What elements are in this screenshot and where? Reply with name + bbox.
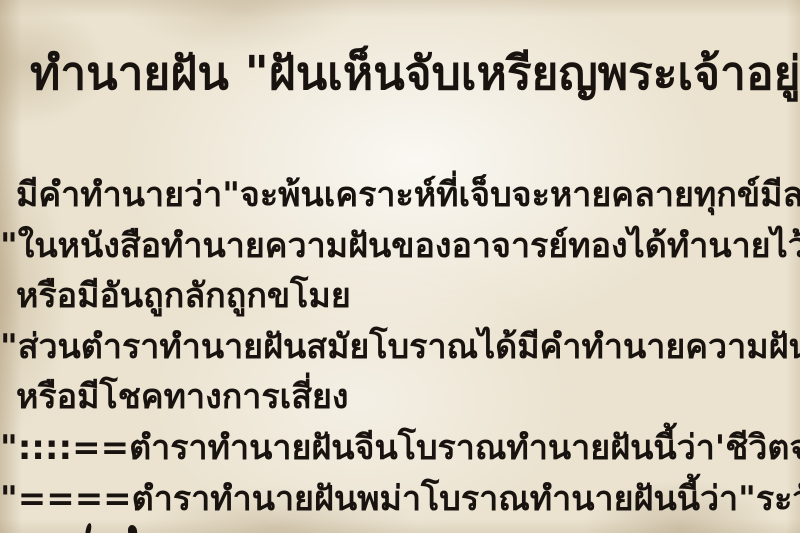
prediction-line: หรือมีโชคทางการเสี่ยง [0,372,800,423]
parchment-page: ทำนายฝัน "ฝันเห็นจับเหรียญพระเจ้าอยู่" ม… [0,0,800,533]
cutoff-diacritic-mark [85,523,93,533]
prediction-line: "::::==ตำราทำนายฝันจีนโบราณทำนายฝันนี้ว่… [0,423,800,474]
prediction-line: "====ตำราทำนายฝันพม่าโบราณทำนายฝันนี้ว่า… [0,474,800,525]
prediction-line: "ในหนังสือทำนายความฝันของอาจารย์ทองได้ทำ… [0,221,800,272]
prediction-line: "ส่วนตำราทำนายฝันสมัยโบราณได้มีคำทำนายคว… [0,322,800,373]
prediction-line: หรือมีอันถูกลักถูกขโมย [0,271,800,322]
cutoff-diacritic-mark [128,525,138,533]
partial-next-line [0,523,300,533]
prediction-text-block: มีคำทำนายว่า"จะพ้นเคราะห์ที่เจ็บจะหายคลา… [0,170,800,524]
prediction-line: มีคำทำนายว่า"จะพ้นเคราะห์ที่เจ็บจะหายคลา… [0,170,800,221]
page-title: ทำนายฝัน "ฝันเห็นจับเหรียญพระเจ้าอยู่" [30,37,800,110]
